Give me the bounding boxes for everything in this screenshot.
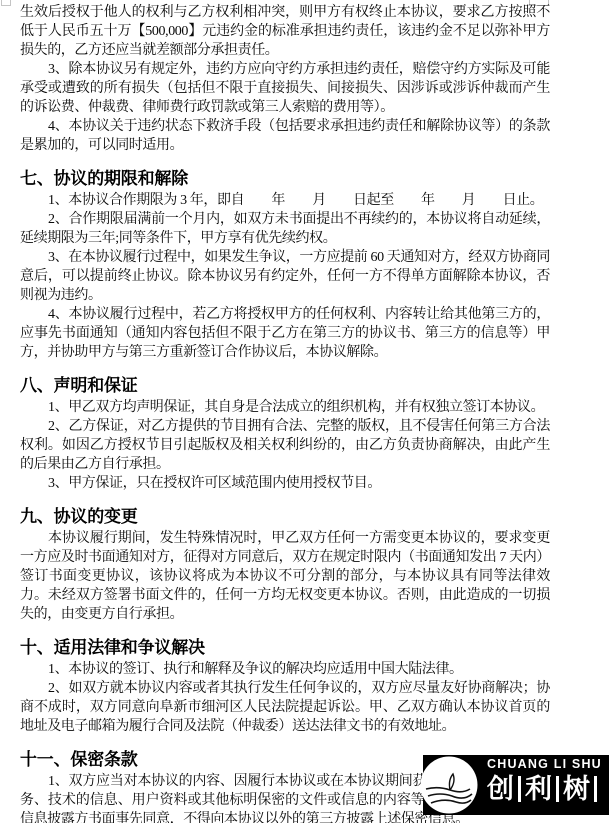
separator-bar (518, 776, 521, 802)
hand-sprout-logo-icon (420, 756, 478, 814)
paragraph: 3、除本协议另有规定外，违约方应向守约方承担违约责任，赔偿守约方实际及可能承受或… (20, 60, 550, 117)
paragraph: 3、甲方保证，只在授权许可区域范围内使用授权节目。 (20, 474, 550, 493)
separator-bar (594, 776, 597, 802)
paragraph: 1、本协议的签订、执行和解释及争议的解决均应适用中国大陆法律。 (20, 660, 550, 679)
paragraph: 4、本协议关于违约状态下救济手段（包括要求承担违约责任和解除协议等）的条款是累加… (20, 117, 550, 155)
watermark-brand-en: CHUANG LI SHU (487, 757, 609, 772)
paragraph: 2、合作期限届满前一个月内，如双方未书面提出不再续约的，本协议将自动延续，延续期… (20, 210, 550, 248)
paragraph: 2、乙方保证，对乙方提供的节目拥有合法、完整的版权，且不侵害任何第三方合法权利。… (20, 417, 550, 474)
paragraph: 本协议履行期间，发生特殊情况时，甲乙双方任何一方需变更本协议的，要求变更一方应及… (20, 529, 550, 624)
document-content: 生效后授权于他人的权利与乙方权利相冲突，则甲方有权终止本协议，要求乙方按照不低于… (20, 3, 550, 823)
section-heading: 九、协议的变更 (20, 507, 550, 527)
paragraph: 2、如双方就本协议内容或者其执行发生任何争议的，双方应尽量友好协商解决；协商不成… (20, 679, 550, 736)
section-heading: 七、协议的期限和解除 (20, 169, 550, 189)
chuanglishu-watermark: CHUANG LI SHU 创利树 (423, 755, 609, 815)
paragraph: 1、本协议合作期限为 3 年，即自 年 月 日起至 年 月 日止。 (20, 191, 550, 210)
paragraph: 4、本协议履行过程中，若乙方将授权甲方的任何权利、内容转让给其他第三方的，应事先… (20, 305, 550, 362)
watermark-text: CHUANG LI SHU 创利树 (487, 757, 609, 805)
section-heading: 十、适用法律和争议解决 (20, 638, 550, 658)
watermark-zh-char: 树 (563, 773, 590, 805)
paragraph: 1、甲乙双方均声明保证，其自身是合法成立的组织机构，并有权独立签订本协议。 (20, 398, 550, 417)
section-heading: 八、声明和保证 (20, 376, 550, 396)
watermark-brand-zh: 创利树 (487, 773, 609, 805)
paragraph: 3、在本协议履行过程中，如果发生争议，一方应提前 60 天通知对方，经双方协商同… (20, 248, 550, 305)
separator-bar (556, 776, 559, 802)
watermark-zh-char: 利 (525, 773, 552, 805)
paragraph: 生效后授权于他人的权利与乙方权利相冲突，则甲方有权终止本协议，要求乙方按照不低于… (20, 3, 550, 60)
document-page: 生效后授权于他人的权利与乙方权利相冲突，则甲方有权终止本协议，要求乙方按照不低于… (0, 0, 609, 823)
watermark-zh-char: 创 (487, 773, 514, 805)
top-left-edge-artifact (1, 0, 11, 6)
